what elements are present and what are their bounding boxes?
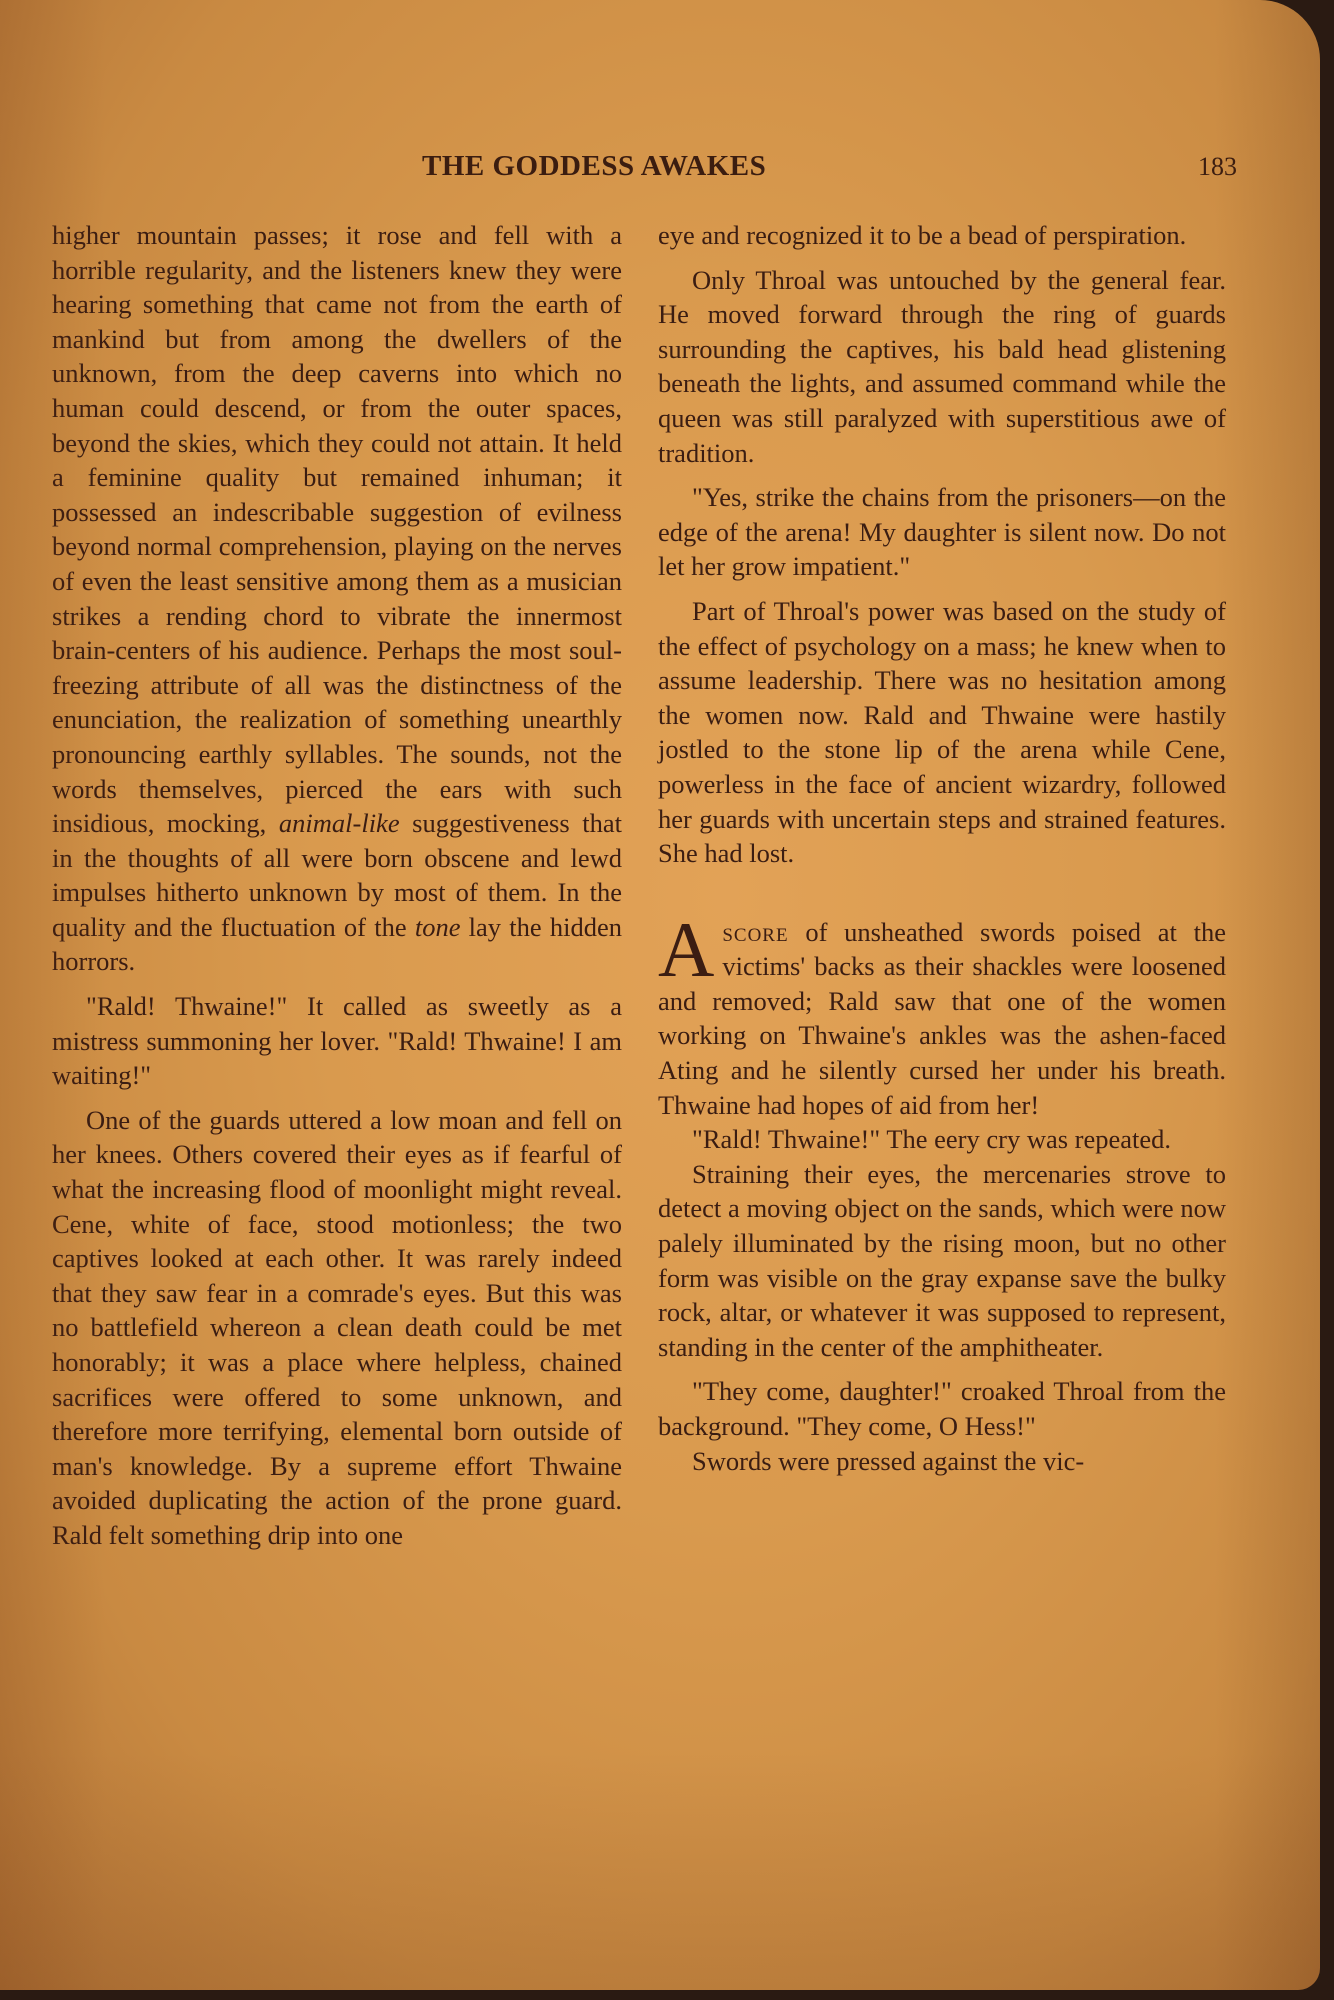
paragraph: "Rald! Thwaine!" It called as sweetly as… <box>52 989 622 1093</box>
small-caps-text: score <box>722 917 788 947</box>
left-column: higher mountain passes; it rose and fell… <box>52 218 622 1553</box>
paragraph: "Rald! Thwaine!" The eery cry was repeat… <box>658 1122 1226 1157</box>
right-column: eye and recognized it to be a bead of pe… <box>658 218 1226 1478</box>
section-opening-paragraph: Ascore of unsheathed swords poised at th… <box>658 915 1226 1123</box>
paragraph: Only Throal was untouched by the general… <box>658 263 1226 471</box>
paragraph: One of the guards uttered a low moan and… <box>52 1103 622 1553</box>
running-title: THE GODDESS AWAKES <box>422 150 766 183</box>
drop-cap: A <box>658 919 714 981</box>
paragraph: higher mountain passes; it rose and fell… <box>52 218 622 979</box>
paragraph: Part of Throal's power was based on the … <box>658 594 1226 871</box>
paragraph: "Yes, strike the chains from the prisone… <box>658 480 1226 584</box>
page-number: 183 <box>1198 152 1237 182</box>
book-page: THE GODDESS AWAKES 183 higher mountain p… <box>0 0 1320 1990</box>
paragraph: Swords were pressed against the vic- <box>658 1444 1226 1479</box>
paragraph: eye and recognized it to be a bead of pe… <box>658 218 1226 253</box>
paragraph: Straining their eyes, the mercenaries st… <box>658 1157 1226 1365</box>
paragraph: "They come, daughter!" croaked Throal fr… <box>658 1374 1226 1443</box>
running-head: THE GODDESS AWAKES 183 <box>0 150 1320 190</box>
italic-text: animal-like <box>279 808 400 838</box>
italic-text: tone <box>415 912 461 942</box>
